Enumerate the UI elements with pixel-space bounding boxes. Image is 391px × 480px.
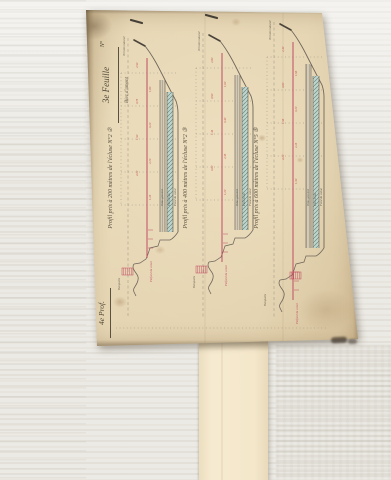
sheet-title-label: 3e Feuille [101, 47, 119, 123]
red-annotation: Plafond du canal [149, 261, 153, 283]
profile-foot-outline [280, 248, 324, 280]
sheet-bottom-edge-shadow [86, 340, 358, 346]
header-note: Terrain naturel [268, 21, 272, 40]
profile-title: Profil pris à 200 mètres de l'écluse N°2… [107, 127, 114, 230]
band-label: Plan d'eau [242, 193, 246, 207]
datum-scale-dash [131, 20, 142, 23]
red-figure: 2,50 [135, 62, 140, 68]
sheet-top-edge-shadow [86, 10, 358, 14]
corner-note-label: Biez d'amont [125, 60, 135, 120]
header-note: Terrain naturel [122, 37, 126, 56]
band-label: Fond du canal [248, 188, 252, 207]
terrain-bold-dash [209, 35, 220, 41]
embankment-band-hatch [242, 87, 248, 230]
red-figure: 0,90 [210, 93, 215, 99]
canal-bed-detail [133, 264, 138, 296]
profile-title: Profil pris à 400 mètres de l'écluse N°2… [182, 127, 189, 230]
red-figure: 2,40 [281, 46, 286, 52]
red-figure: 0,80 [281, 82, 286, 88]
red-annotation: Plafond du canal [295, 303, 299, 325]
band-label: Talus gazonné [306, 188, 310, 206]
profile-foot-outline [134, 232, 178, 264]
profile-drawing-3: Profil pris à 600 mètres de l'écluse N°5… [253, 10, 324, 325]
band-label: Fond du canal [319, 188, 323, 207]
scan-background-ghosting [276, 345, 391, 480]
red-figure: 3,10 [294, 106, 299, 112]
archive-stamp-smudge [331, 337, 347, 344]
terrain-bold-dash [134, 40, 145, 46]
red-figure: 3,20 [148, 122, 153, 128]
bottom-reference-label: 4e Prof. [97, 288, 111, 338]
red-annotation: Plafond du canal [224, 265, 228, 287]
detail-label: Banquette [263, 293, 267, 306]
red-figure: 4,00 [135, 170, 140, 176]
header-note: Terrain naturel [197, 32, 201, 51]
red-figure: 1,30 [294, 178, 299, 184]
hatched-strip-pattern [306, 64, 311, 248]
red-figure: 1,80 [148, 86, 153, 92]
datum-scale-dash [206, 15, 217, 18]
band-label: Plan d'eau [167, 193, 171, 207]
band-label: Plan d'eau [313, 193, 317, 207]
sheet-right-edge-shadow [353, 10, 358, 346]
red-figure: 3,80 [210, 165, 215, 171]
canal-bed-detail [279, 280, 284, 312]
canal-bed-detail [208, 262, 213, 294]
embankment-band-hatch [313, 76, 319, 248]
document-sheet-wrap: Profil pris à 200 mètres de l'écluse N°2… [86, 10, 358, 346]
band-label: Fond du canal [173, 188, 177, 207]
profile-foot-outline [209, 230, 253, 262]
embankment-band-hatch [167, 92, 173, 232]
profile-drawing-2: Profil pris à 400 mètres de l'écluse N°2… [182, 15, 253, 318]
red-figure: 1,25 [148, 194, 153, 200]
hatched-strip-pattern [160, 80, 165, 232]
mounting-tab [199, 341, 268, 480]
document-sheet: Profil pris à 200 mètres de l'écluse N°2… [86, 10, 358, 346]
scan-background-left [0, 0, 86, 480]
red-figure: 2,10 [148, 158, 153, 164]
red-figure: 1,95 [294, 70, 299, 76]
red-figure: 3,40 [223, 117, 228, 123]
detail-label: Banquette [192, 275, 196, 288]
red-figure: 1,60 [223, 81, 228, 87]
red-figure: 4,20 [281, 154, 286, 160]
red-figure: 2,80 [210, 57, 215, 63]
terrain-bold-dash [280, 24, 291, 30]
red-figure: 2,35 [223, 153, 228, 159]
band-label: Talus gazonné [235, 188, 239, 206]
archive-stamp-smudge-small [348, 339, 357, 344]
red-figure: 1,10 [223, 189, 228, 195]
sheet-left-edge-shadow [86, 10, 94, 346]
red-figure: 2,25 [294, 142, 299, 148]
red-figure: 0,75 [135, 98, 140, 104]
band-label: Talus gazonné [160, 188, 164, 206]
profile-title: Profil pris à 600 mètres de l'écluse N°5… [253, 127, 260, 230]
detail-label: Banquette [117, 277, 121, 290]
